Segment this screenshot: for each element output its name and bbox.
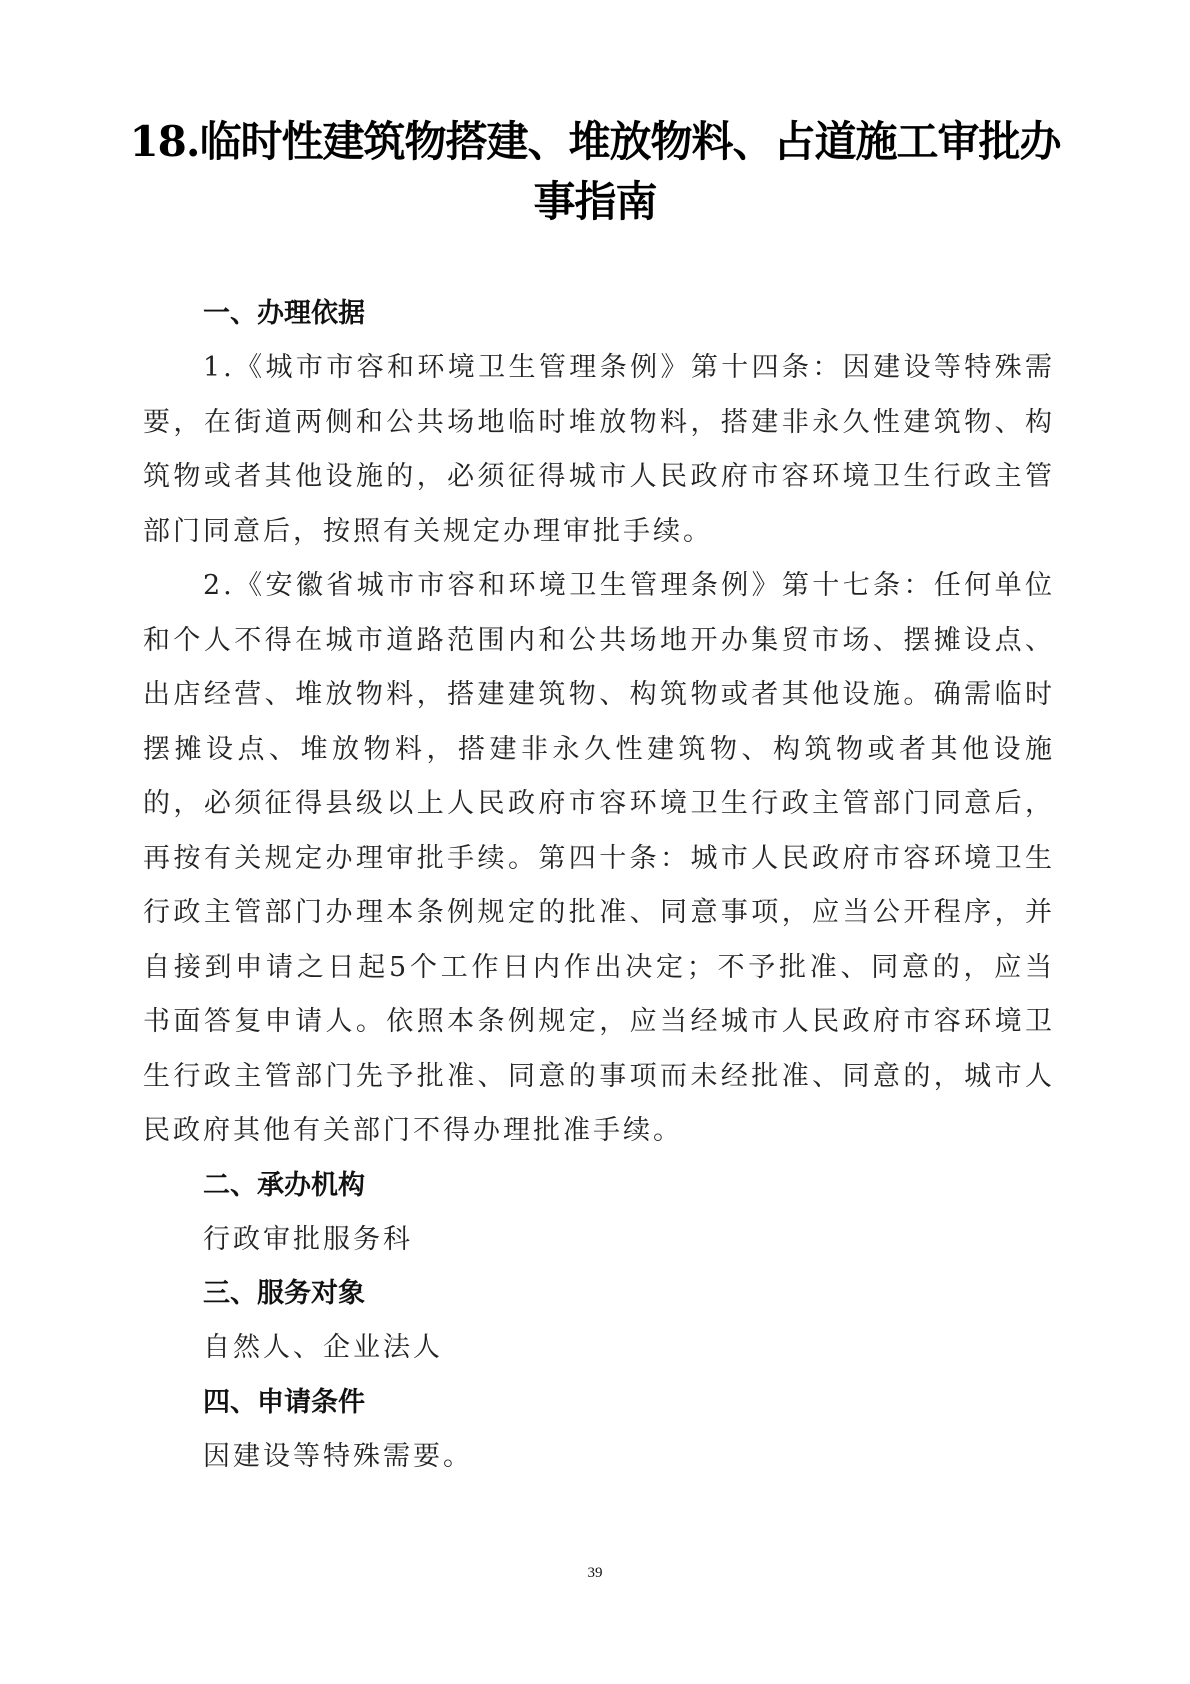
section-heading-basis: 一、办理依据	[143, 287, 1055, 341]
section-heading-conditions: 四、申请条件	[143, 1376, 1055, 1430]
section-heading-service-target: 三、服务对象	[143, 1267, 1055, 1321]
document-body: 一、办理依据 1.《城市市容和环境卫生管理条例》第十四条：因建设等特殊需要，在街…	[143, 287, 1055, 1484]
agency-text: 行政审批服务科	[143, 1213, 1055, 1268]
section-heading-agency: 二、承办机构	[143, 1159, 1055, 1213]
basis-paragraph-2: 2.《安徽省城市市容和环境卫生管理条例》第十七条：任何单位和个人不得在城市道路范…	[143, 559, 1055, 1159]
document-page: 18.临时性建筑物搭建、堆放物料、占道施工审批办事指南 一、办理依据 1.《城市…	[0, 0, 1190, 1684]
service-target-text: 自然人、企业法人	[143, 1321, 1055, 1376]
document-title: 18.临时性建筑物搭建、堆放物料、占道施工审批办事指南	[120, 112, 1070, 232]
page-number: 39	[0, 1565, 1190, 1582]
conditions-text: 因建设等特殊需要。	[143, 1430, 1055, 1485]
basis-paragraph-1: 1.《城市市容和环境卫生管理条例》第十四条：因建设等特殊需要，在街道两侧和公共场…	[143, 341, 1055, 559]
